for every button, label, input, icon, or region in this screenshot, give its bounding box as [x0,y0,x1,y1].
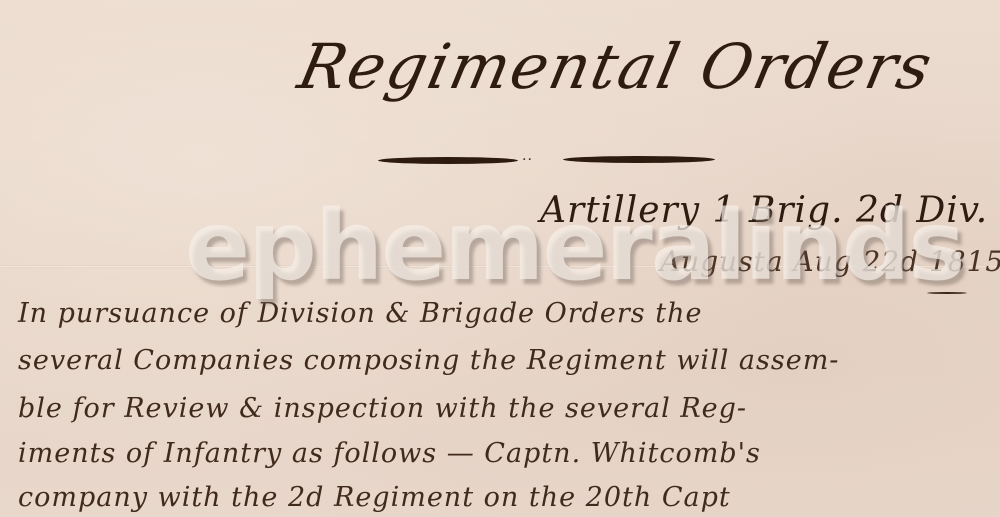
body-line-3: ble for Review & inspection with the sev… [18,393,747,424]
body-line-1: In pursuance of Division & Brigade Order… [18,298,702,329]
unit-heading: Artillery 1 Brig. 2d Div. [540,190,988,231]
year-underline [927,292,967,294]
document-title: Regimental Orders [292,30,940,103]
body-line-5: company with the 2d Regiment on the 20th… [18,482,731,513]
place-date-line: Augusta Aug 22d 1815 [660,245,1000,278]
body-line-2: several Companies composing the Regiment… [18,345,839,376]
title-rule-dots: .. [522,148,533,164]
title-rule-right [563,156,715,163]
title-rule-left [378,157,518,164]
manuscript-page: Regimental Orders .. Artillery 1 Brig. 2… [0,0,1000,517]
body-line-4: iments of Infantry as follows — Captn. W… [18,438,761,469]
